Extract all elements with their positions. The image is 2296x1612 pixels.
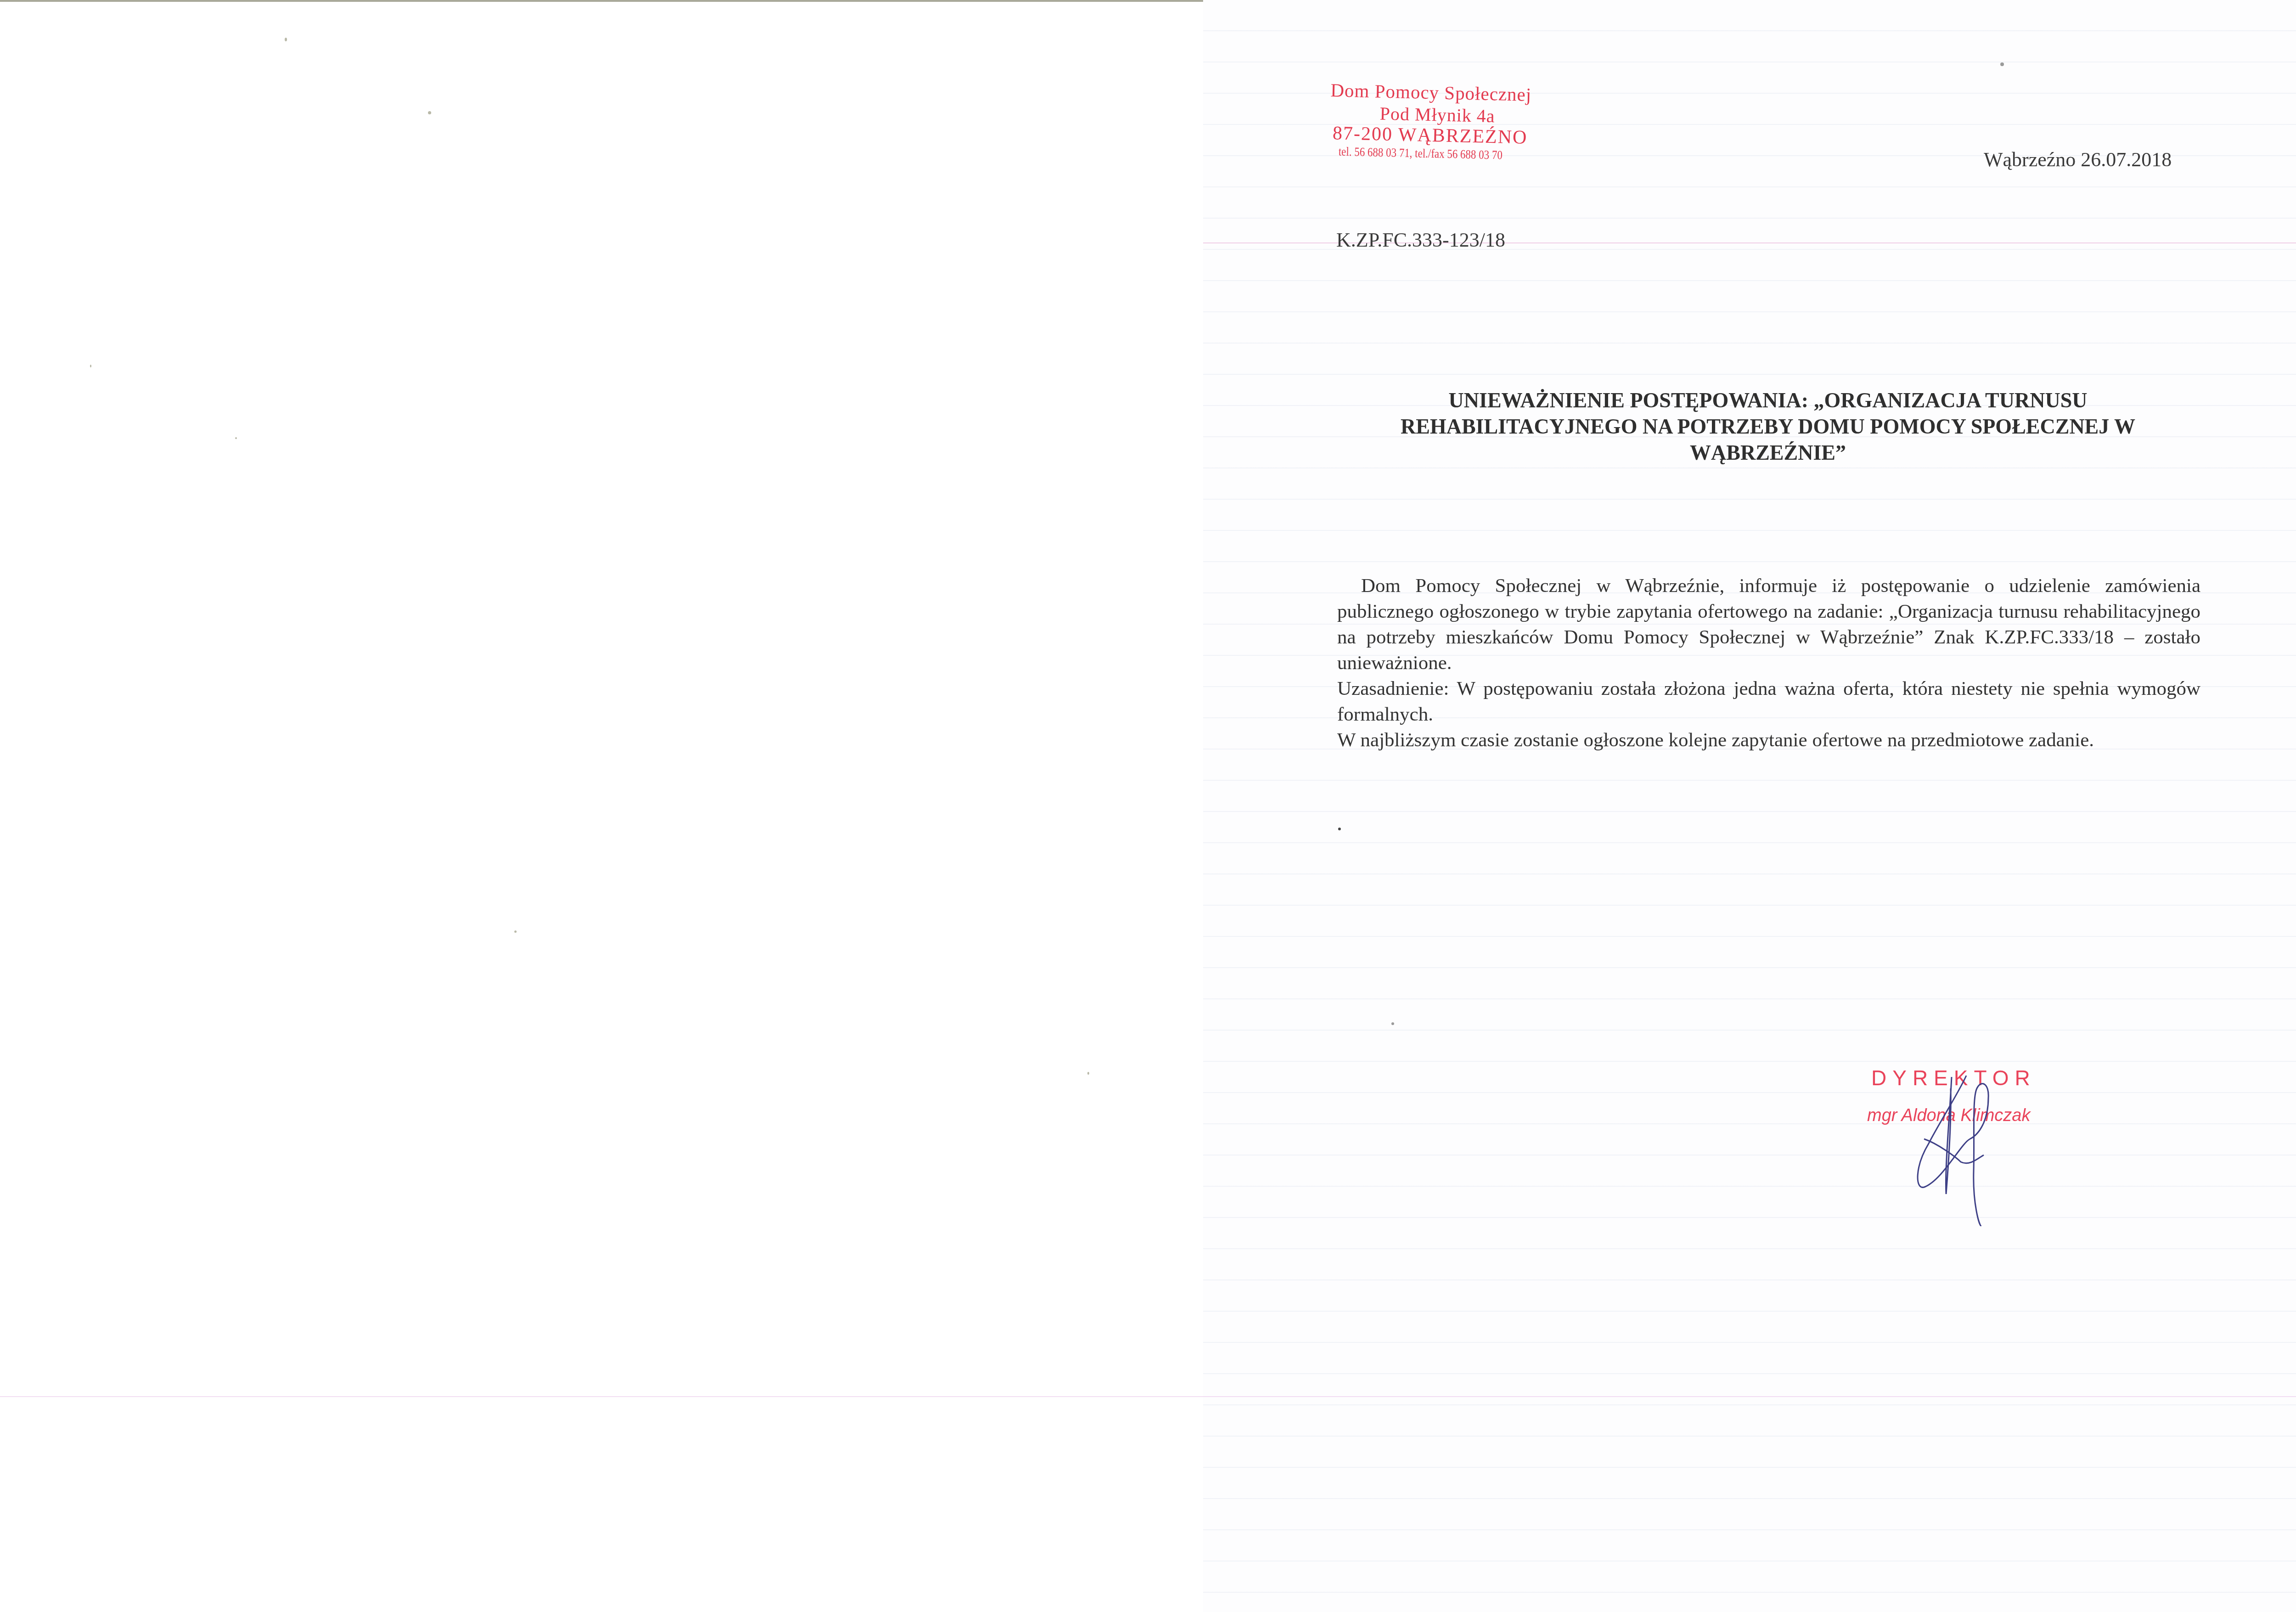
reference-number: K.ZP.FC.333-123/18 — [1336, 228, 1505, 252]
body-paragraph: Dom Pomocy Społecznej w Wąbrzeźnie, info… — [1337, 573, 2200, 676]
scan-speck — [428, 111, 431, 114]
institution-stamp: Dom Pomocy Społecznej Pod Młynik 4a 87-2… — [1299, 78, 1562, 164]
body-paragraph: Uzasadnienie: W postępowaniu została zło… — [1337, 676, 2200, 727]
body-paragraph: W najbliższym czasie zostanie ogłoszone … — [1337, 727, 2200, 753]
scan-speck — [514, 930, 517, 933]
scan-speck — [1391, 1022, 1394, 1025]
scan-speck — [1087, 1072, 1089, 1075]
document-body: Dom Pomocy Społecznej w Wąbrzeźnie, info… — [1337, 573, 2200, 753]
blank-left-page — [0, 0, 1203, 1612]
scan-line — [0, 1396, 2296, 1397]
document-title: UNIEWAŻNIENIE POSTĘPOWANIA: „ORGANIZACJA… — [1359, 387, 2177, 466]
scan-speck — [285, 38, 287, 41]
scan-speck — [2000, 62, 2004, 66]
handwritten-signature-icon — [1864, 1052, 2076, 1226]
document-date: Wąbrzeźno 26.07.2018 — [1984, 148, 2172, 171]
signature-block: DYREKTOR mgr Aldona Klimczak — [1864, 1065, 2076, 1222]
scan-speck — [90, 365, 91, 367]
scan-speck — [235, 437, 237, 439]
stray-dot — [1338, 828, 1341, 830]
